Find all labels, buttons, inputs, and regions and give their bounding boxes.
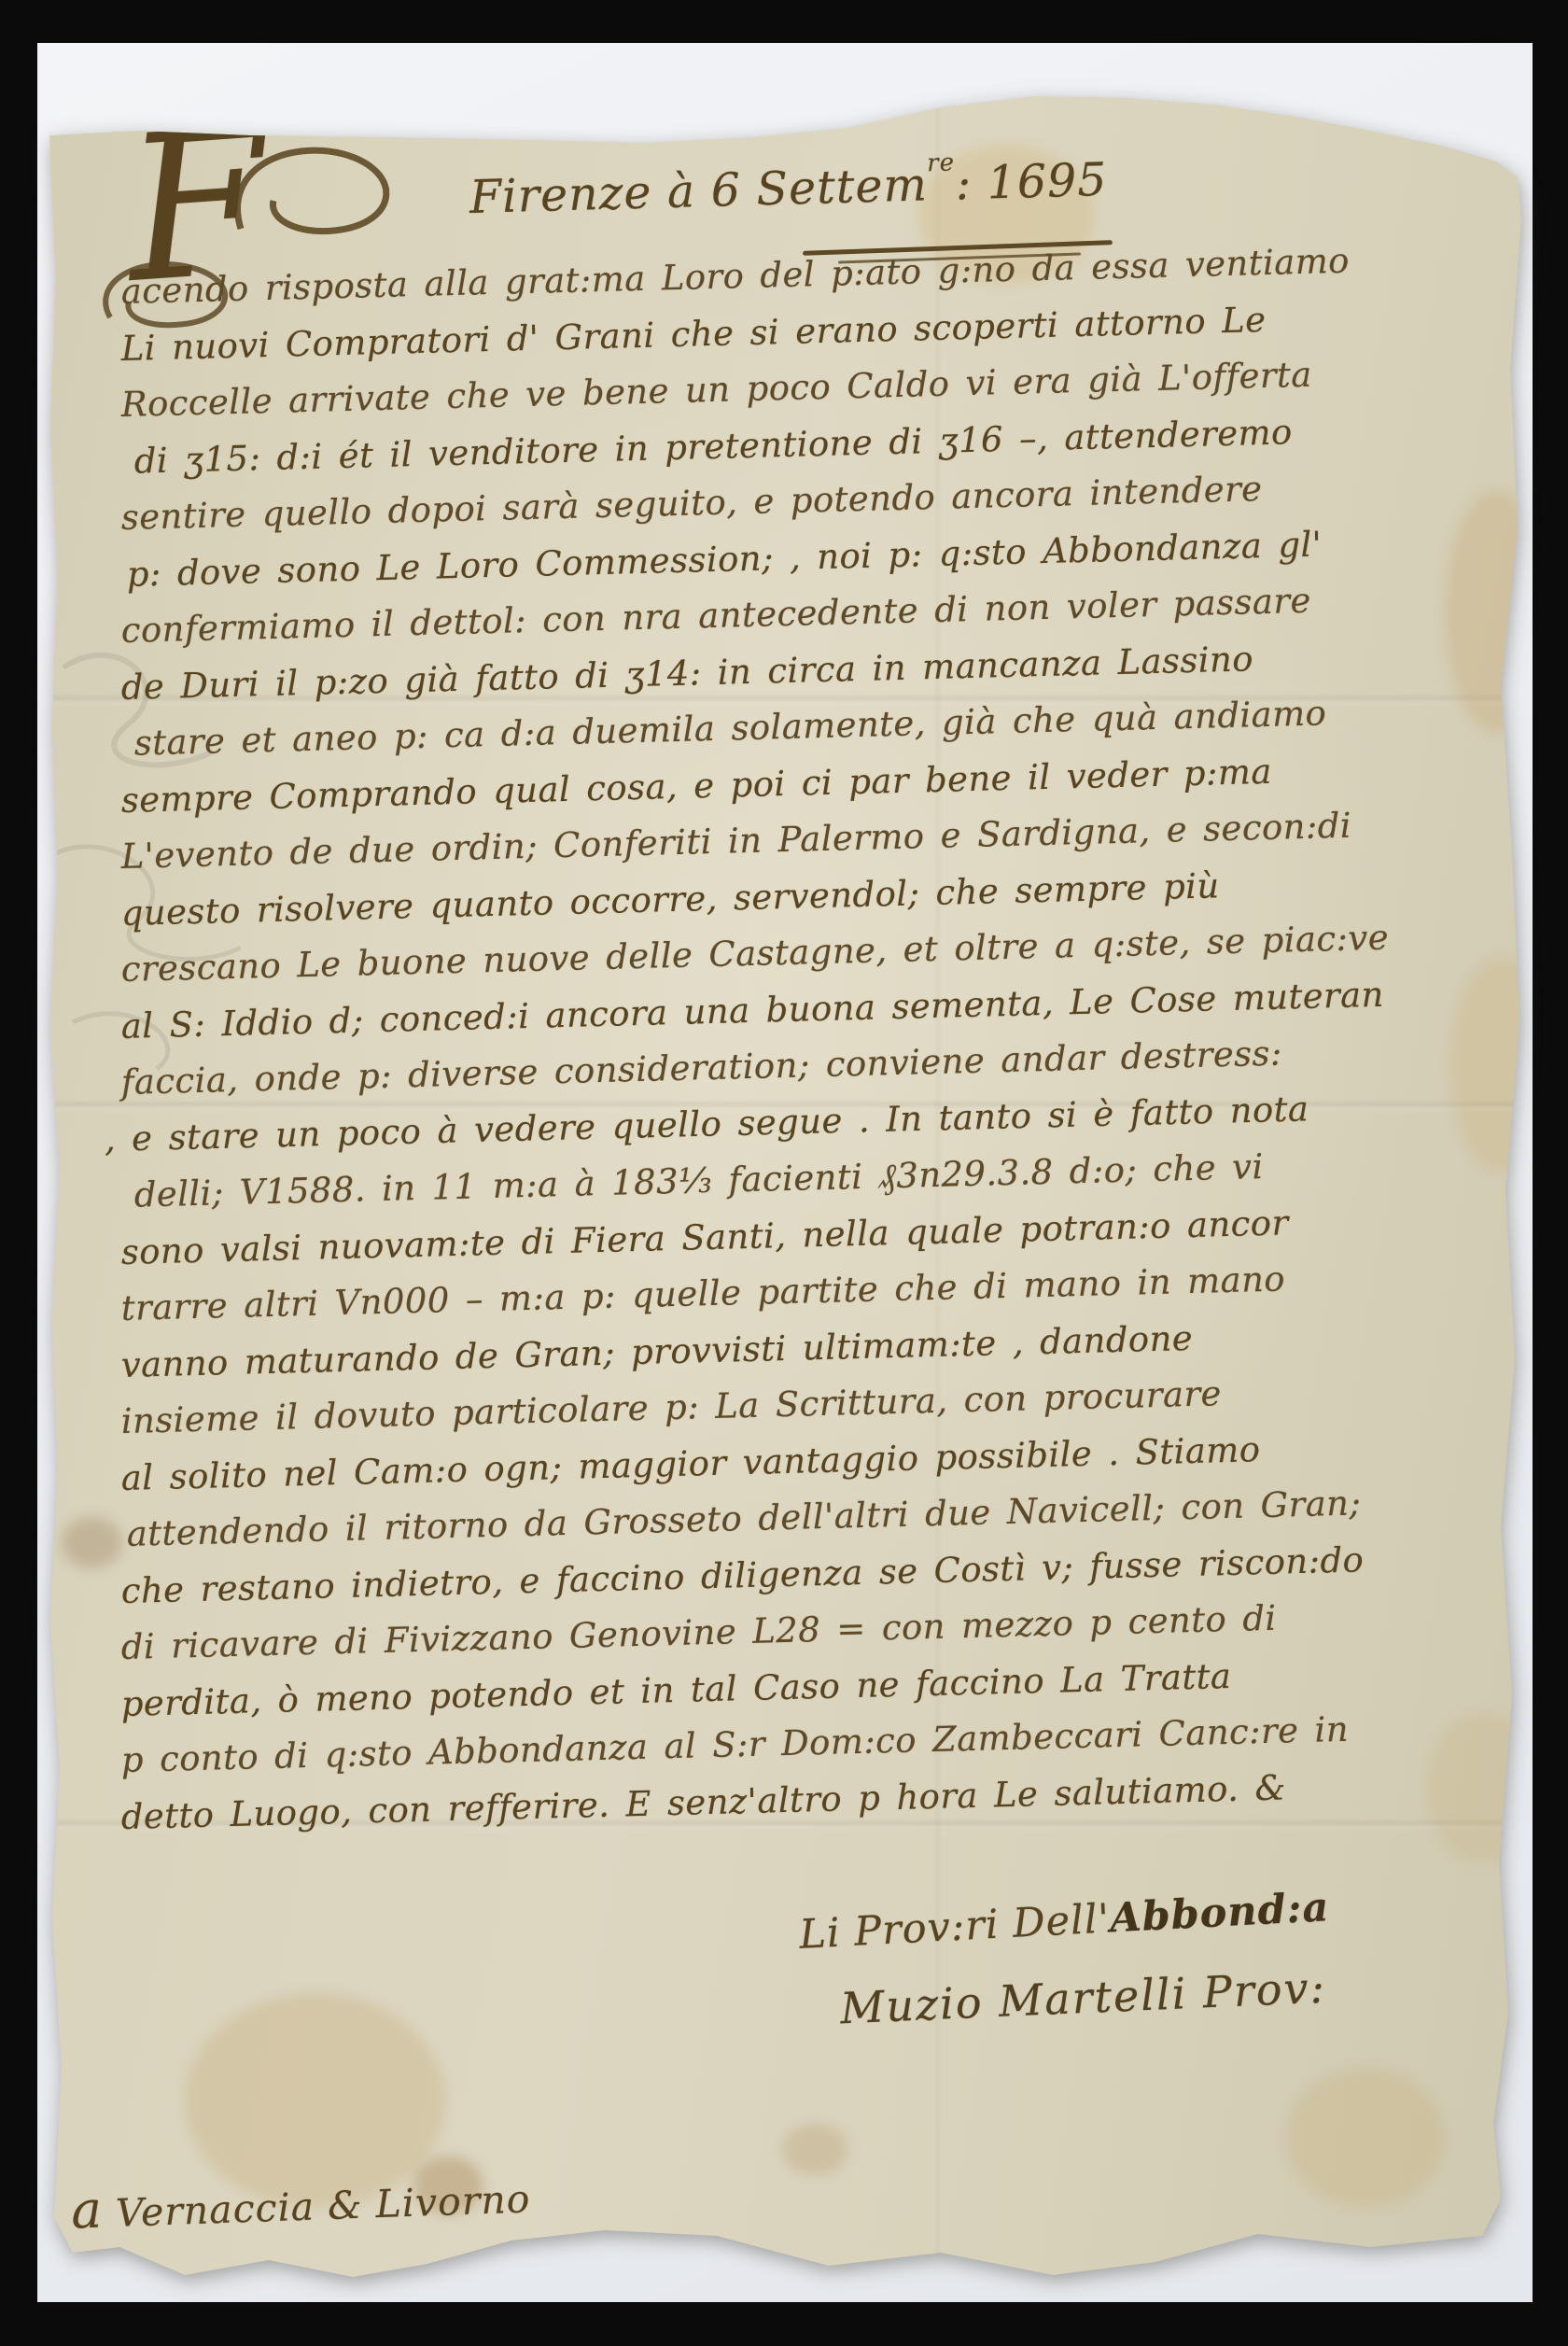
- signature-office-emphasis: Abbond:a: [1109, 1884, 1331, 1942]
- dateline-year: : 1695: [955, 153, 1108, 211]
- dateline-place: Firenze à 6 Settem: [469, 158, 928, 224]
- dateline-superscript: re: [927, 148, 956, 177]
- paper-wrapper: Firenze à 6 Settemre: 1695 F acendo risp…: [45, 89, 1524, 2278]
- scanned-letter-photo: Firenze à 6 Settemre: 1695 F acendo risp…: [0, 0, 1568, 2346]
- signature-office: Li Prov:ri Dell': [798, 1895, 1112, 1958]
- footer-flourish: a: [70, 2179, 104, 2240]
- footer-annotation: a Vernaccia & Livorno: [70, 2164, 531, 2240]
- footer-annotation-text: Vernaccia & Livorno: [115, 2176, 531, 2235]
- manuscript-paper: Firenze à 6 Settemre: 1695 F acendo risp…: [45, 89, 1524, 2278]
- stain: [782, 2124, 847, 2175]
- stain: [62, 1517, 122, 1568]
- stain: [1286, 2068, 1445, 2208]
- signature-line-1: Li Prov:ri Dell'Abbond:a: [798, 1884, 1330, 1959]
- letter-body: acendo risposta alla grat:ma Loro del p:…: [121, 272, 1503, 1853]
- signature-line-2: Muzio Martelli Prov:: [839, 1962, 1327, 2034]
